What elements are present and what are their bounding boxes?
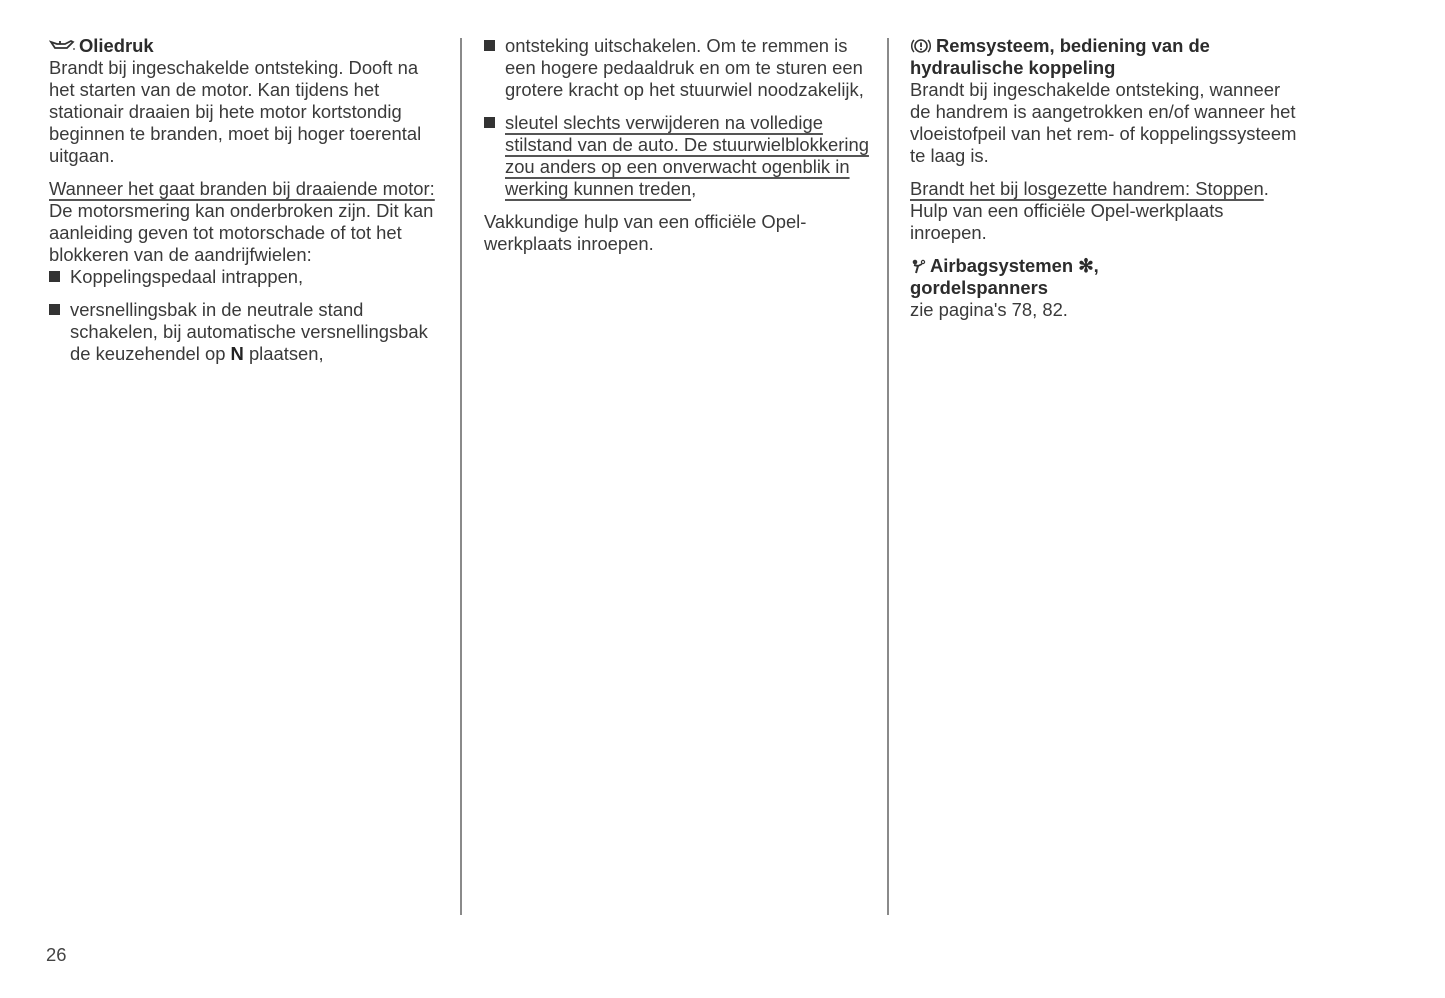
list-item: versnellingsbak in de neutrale stand sch… bbox=[49, 299, 444, 365]
bullet-square-icon bbox=[49, 271, 60, 282]
oil-can-icon bbox=[49, 35, 75, 57]
optional-equipment-icon: ✻ bbox=[1078, 255, 1093, 276]
paragraph-brake-body: Brandt bij ingeschakelde ontsteking, wan… bbox=[910, 79, 1305, 167]
column-remsysteem: Remsysteem, bediening van de hydraulisch… bbox=[910, 35, 1305, 321]
warning-underlined-text: Wanneer het gaat branden bij draaiende m… bbox=[49, 178, 435, 199]
warning-punctuation: . bbox=[1264, 178, 1269, 199]
title-punctuation: , bbox=[1094, 255, 1099, 276]
paragraph-airbag-reference: zie pagina's 78, 82. bbox=[910, 299, 1305, 321]
column-oliedruk: Oliedruk Brandt bij ingeschakelde ontste… bbox=[49, 35, 444, 376]
gear-position-n: N bbox=[231, 343, 244, 364]
paragraph-brake-help: Hulp van een officiële Opel-werkplaats i… bbox=[910, 200, 1305, 244]
section-title: Airbagsystemen bbox=[930, 255, 1073, 276]
list-item: sleutel slechts verwijderen na volledige… bbox=[484, 112, 876, 200]
column-divider bbox=[887, 38, 889, 915]
section-heading-airbag: Airbagsystemen ✻, gordelspanners bbox=[910, 255, 1305, 299]
section-heading-remsysteem: Remsysteem, bediening van de hydraulisch… bbox=[910, 35, 1305, 79]
page-number: 26 bbox=[46, 944, 66, 966]
paragraph-brake-warning: Brandt het bij losgezette handrem: Stopp… bbox=[910, 178, 1305, 200]
section-title: Oliedruk bbox=[79, 35, 154, 56]
paragraph-warning: Wanneer het gaat branden bij draaiende m… bbox=[49, 178, 444, 266]
paragraph-closing: Vakkundige hulp van een officiële Opel-w… bbox=[484, 211, 876, 255]
airbag-icon bbox=[910, 255, 926, 277]
warning-underlined-text: Brandt het bij losgezette handrem: Stopp… bbox=[910, 178, 1264, 199]
bullet-square-icon bbox=[49, 304, 60, 315]
list-item: ontsteking uitschakelen. Om te remmen is… bbox=[484, 35, 876, 101]
section-title-line2: gordelspanners bbox=[910, 277, 1048, 298]
warning-text: De motorsmering kan onderbroken zijn. Di… bbox=[49, 200, 433, 265]
list-item-text: ontsteking uitschakelen. Om te remmen is… bbox=[505, 35, 864, 100]
list-item-underlined-text: sleutel slechts verwijderen na volledige… bbox=[505, 112, 869, 199]
column-continued: ontsteking uitschakelen. Om te remmen is… bbox=[484, 35, 876, 255]
column-divider bbox=[460, 38, 462, 915]
list-item-text: Koppelingspedaal intrappen, bbox=[70, 266, 303, 287]
list-item-text-end: plaatsen, bbox=[244, 343, 324, 364]
brake-warning-icon bbox=[910, 35, 932, 57]
section-title: Remsysteem, bediening van de hydraulisch… bbox=[910, 35, 1210, 78]
paragraph-intro: Brandt bij ingeschakelde ontsteking. Doo… bbox=[49, 57, 444, 167]
section-heading-oliedruk: Oliedruk bbox=[49, 35, 444, 57]
bullet-square-icon bbox=[484, 40, 495, 51]
bullet-square-icon bbox=[484, 117, 495, 128]
list-item-text-end: , bbox=[691, 178, 696, 199]
list-item: Koppelingspedaal intrappen, bbox=[49, 266, 444, 288]
